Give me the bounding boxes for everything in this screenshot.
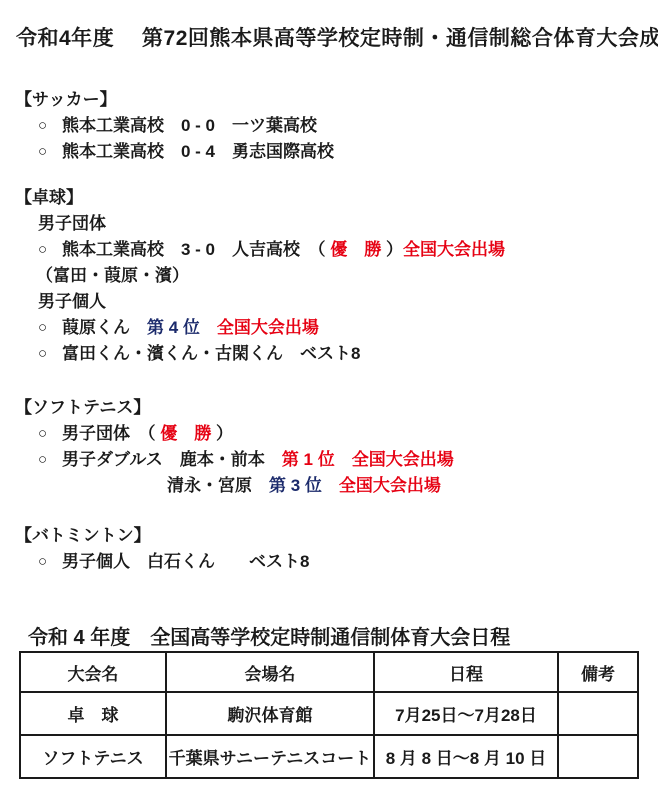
result-line-st-doubles-2: 清永・宮原 第 3 位 全国大会出場 [167, 473, 658, 499]
result-text: ） [381, 240, 403, 259]
circle-marker-icon: ○ [38, 549, 54, 575]
result-text: 富田くん・濱くん・古閑くん ベスト8 [62, 344, 360, 363]
circle-marker-icon: ○ [38, 341, 54, 367]
subheading-mens-team: 男子団体 [38, 211, 658, 237]
document-page: 令和4年度 第72回熊本県高等学校定時制・通信制総合体育大会成績 【サッカー】 … [0, 0, 658, 800]
circle-marker-icon: ○ [38, 447, 54, 473]
result-line-badminton: ○男子個人 白石くん ベスト8 [38, 549, 658, 575]
pair-names: 男子ダブルス 鹿本・前本 [62, 450, 282, 469]
result-line-tt-team: ○熊本工業高校 3 - 0 人吉高校 （ 優 勝 ）全国大会出場 [38, 237, 658, 263]
section-badminton: 【バトミントン】 ○男子個人 白石くん ベスト8 [0, 523, 658, 575]
result-line-st-team: ○男子団体 （ 優 勝 ） [38, 421, 658, 447]
circle-marker-icon: ○ [38, 139, 54, 165]
spacer-text [200, 318, 217, 337]
national-tournament-label: 全国大会出場 [339, 476, 441, 495]
venue-cell: 駒沢体育館 [166, 692, 374, 735]
result-text: 男子団体 （ [62, 424, 160, 443]
note-cell [558, 735, 638, 778]
result-line-tt-individual-1: ○葭原くん 第 4 位 全国大会出場 [38, 315, 658, 341]
spacer-text [322, 476, 339, 495]
rank-label: 第 3 位 [269, 476, 322, 495]
column-header-note: 備考 [558, 652, 638, 692]
schedule-title: 令和 4 年度 全国高等学校定時制通信制体育大会日程 [28, 625, 658, 651]
pair-names: 清永・宮原 [167, 476, 269, 495]
column-header-event: 大会名 [20, 652, 166, 692]
schedule-header-row: 大会名 会場名 日程 備考 [20, 652, 638, 692]
dates-cell: 8 月 8 日～8 月 10 日 [374, 735, 558, 778]
result-line-soccer-2: ○熊本工業高校 0 - 4 勇志国際高校 [38, 139, 658, 165]
section-soccer: 【サッカー】 ○熊本工業高校 0 - 0 一ツ葉高校 ○熊本工業高校 0 - 4… [0, 87, 658, 165]
dates-cell: 7月25日～7月28日 [374, 692, 558, 735]
circle-marker-icon: ○ [38, 421, 54, 447]
result-text: 男子個人 白石くん ベスト8 [62, 552, 309, 571]
result-line-st-doubles-1: ○男子ダブルス 鹿本・前本 第 1 位 全国大会出場 [38, 447, 658, 473]
national-tournament-label: 全国大会出場 [217, 318, 319, 337]
section-soft-tennis: 【ソフトテニス】 ○男子団体 （ 優 勝 ） ○男子ダブルス 鹿本・前本 第 1… [0, 395, 658, 499]
schedule-section: 令和 4 年度 全国高等学校定時制通信制体育大会日程 大会名 会場名 日程 備考… [0, 625, 658, 779]
circle-marker-icon: ○ [38, 315, 54, 341]
team-members-note: （富田・葭原・濱） [36, 263, 658, 289]
section-heading-soft-tennis: 【ソフトテニス】 [15, 395, 658, 421]
rank-label: 第 1 位 [282, 450, 335, 469]
player-name: 葭原くん [62, 318, 147, 337]
national-tournament-label: 全国大会出場 [352, 450, 454, 469]
schedule-row-soft-tennis: ソフトテニス 千葉県サニーテニスコート 8 月 8 日～8 月 10 日 [20, 735, 638, 778]
section-heading-table-tennis: 【卓球】 [15, 185, 658, 211]
section-heading-badminton: 【バトミントン】 [15, 523, 658, 549]
event-cell: 卓 球 [20, 692, 166, 735]
venue-cell: 千葉県サニーテニスコート [166, 735, 374, 778]
result-text: 熊本工業高校 3 - 0 人吉高校 （ [62, 240, 330, 259]
result-line-soccer-1: ○熊本工業高校 0 - 0 一ツ葉高校 [38, 113, 658, 139]
column-header-dates: 日程 [374, 652, 558, 692]
result-line-tt-individual-2: ○富田くん・濱くん・古閑くん ベスト8 [38, 341, 658, 367]
spacer-text [335, 450, 352, 469]
section-heading-soccer: 【サッカー】 [15, 87, 658, 113]
national-tournament-label: 全国大会出場 [403, 240, 505, 259]
schedule-row-table-tennis: 卓 球 駒沢体育館 7月25日～7月28日 [20, 692, 638, 735]
subheading-mens-individual: 男子個人 [38, 289, 658, 315]
note-cell [558, 692, 638, 735]
schedule-table: 大会名 会場名 日程 備考 卓 球 駒沢体育館 7月25日～7月28日 ソフトテ… [19, 651, 639, 779]
rank-label: 第 4 位 [147, 318, 200, 337]
section-table-tennis: 【卓球】 男子団体 ○熊本工業高校 3 - 0 人吉高校 （ 優 勝 ）全国大会… [0, 185, 658, 367]
document-title: 令和4年度 第72回熊本県高等学校定時制・通信制総合体育大会成績 [0, 0, 658, 52]
result-text: 熊本工業高校 0 - 0 一ツ葉高校 [62, 116, 317, 135]
circle-marker-icon: ○ [38, 237, 54, 263]
champion-label: 優 勝 [330, 240, 381, 259]
column-header-venue: 会場名 [166, 652, 374, 692]
circle-marker-icon: ○ [38, 113, 54, 139]
event-cell: ソフトテニス [20, 735, 166, 778]
champion-label: 優 勝 [160, 424, 211, 443]
result-text: 熊本工業高校 0 - 4 勇志国際高校 [62, 142, 334, 161]
result-text: ） [211, 424, 233, 443]
